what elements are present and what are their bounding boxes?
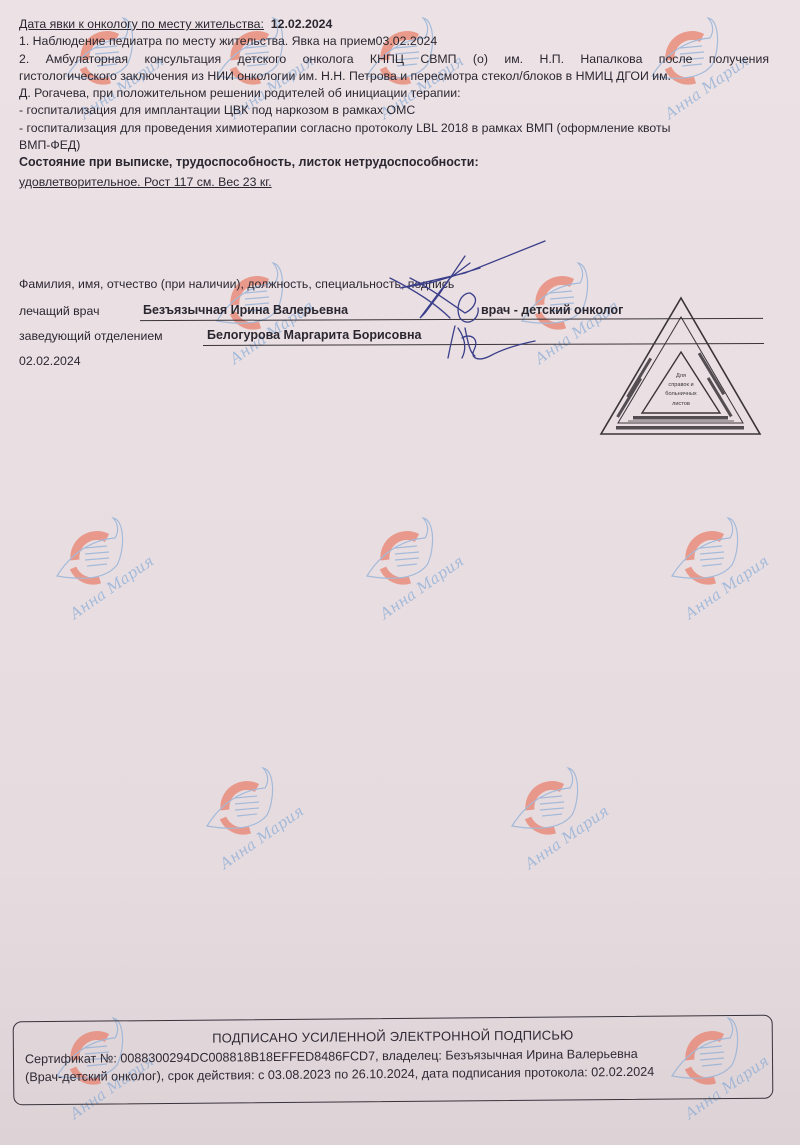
item-2-line-2: гистологического заключения из НИИ онкол… bbox=[19, 68, 769, 85]
attending-name: Безъязычная Ирина Валерьевна bbox=[143, 303, 348, 317]
condition-heading: Состояние при выписке, трудоспособность,… bbox=[19, 155, 479, 169]
bullet-2-line-2: ВМП-ФЕД) bbox=[19, 137, 769, 154]
triangle-stamp-icon: Для справок и больничных листов bbox=[598, 295, 763, 437]
watermark-logo-icon: Анна Мария bbox=[355, 510, 475, 620]
watermark-logo-icon: Анна Мария bbox=[195, 760, 315, 870]
visit-date-label: Дата явки к онкологу по месту жительства… bbox=[19, 17, 264, 31]
watermark-logo-icon: Анна Мария bbox=[45, 510, 165, 620]
document-page: Анна МарияАнна МарияАнна МарияАнна Мария… bbox=[0, 0, 800, 1145]
watermark-logo-icon: Анна Мария bbox=[500, 760, 620, 870]
visit-date-value: 12.02.2024 bbox=[271, 17, 333, 31]
svg-text:больничных: больничных bbox=[665, 391, 697, 397]
condition-value: удовлетворительное. Рост 117 см. Вес 23 … bbox=[19, 175, 272, 189]
electronic-signature-box: ПОДПИСАНО УСИЛЕННОЙ ЭЛЕКТРОННОЙ ПОДПИСЬЮ… bbox=[13, 1015, 774, 1106]
esig-title: ПОДПИСАНО УСИЛЕННОЙ ЭЛЕКТРОННОЙ ПОДПИСЬЮ bbox=[14, 1026, 772, 1048]
esig-validity-line: (Врач-детский онколог), срок действия: с… bbox=[25, 1065, 654, 1084]
head-role: заведующий отделением bbox=[19, 329, 163, 343]
svg-text:Для: Для bbox=[676, 373, 686, 379]
svg-text:Анна Мария: Анна Мария bbox=[681, 552, 773, 620]
handwritten-signature-icon bbox=[370, 238, 550, 373]
item-2-line-1: 2. Амбулаторная консультация детского он… bbox=[19, 51, 769, 68]
esig-certificate-line: Сертификат №: 0088300294DC008818B18EFFED… bbox=[25, 1047, 638, 1066]
bullet-2-line-1: - госпитализация для проведения химиотер… bbox=[19, 120, 769, 137]
svg-text:Анна Мария: Анна Мария bbox=[521, 802, 613, 870]
watermark-logo-icon: Анна Мария bbox=[660, 510, 780, 620]
treatment-plan: Дата явки к онкологу по месту жительства… bbox=[19, 16, 769, 154]
attending-role: лечащий врач bbox=[19, 304, 99, 318]
item-2-line-3: Д. Рогачева, при положительном решении р… bbox=[19, 85, 769, 102]
item-1: 1. Наблюдение педиатра по месту жительст… bbox=[19, 33, 769, 50]
signature-date: 02.02.2024 bbox=[19, 354, 81, 368]
svg-text:Анна Мария: Анна Мария bbox=[216, 802, 308, 870]
bullet-1: - госпитализация для имплантации ЦВК под… bbox=[19, 102, 769, 119]
svg-text:Анна Мария: Анна Мария bbox=[376, 552, 468, 620]
visit-date-row: Дата явки к онкологу по месту жительства… bbox=[19, 16, 769, 33]
svg-text:Анна Мария: Анна Мария bbox=[66, 552, 158, 620]
svg-text:листов: листов bbox=[672, 401, 690, 407]
svg-text:справок и: справок и bbox=[668, 382, 693, 388]
